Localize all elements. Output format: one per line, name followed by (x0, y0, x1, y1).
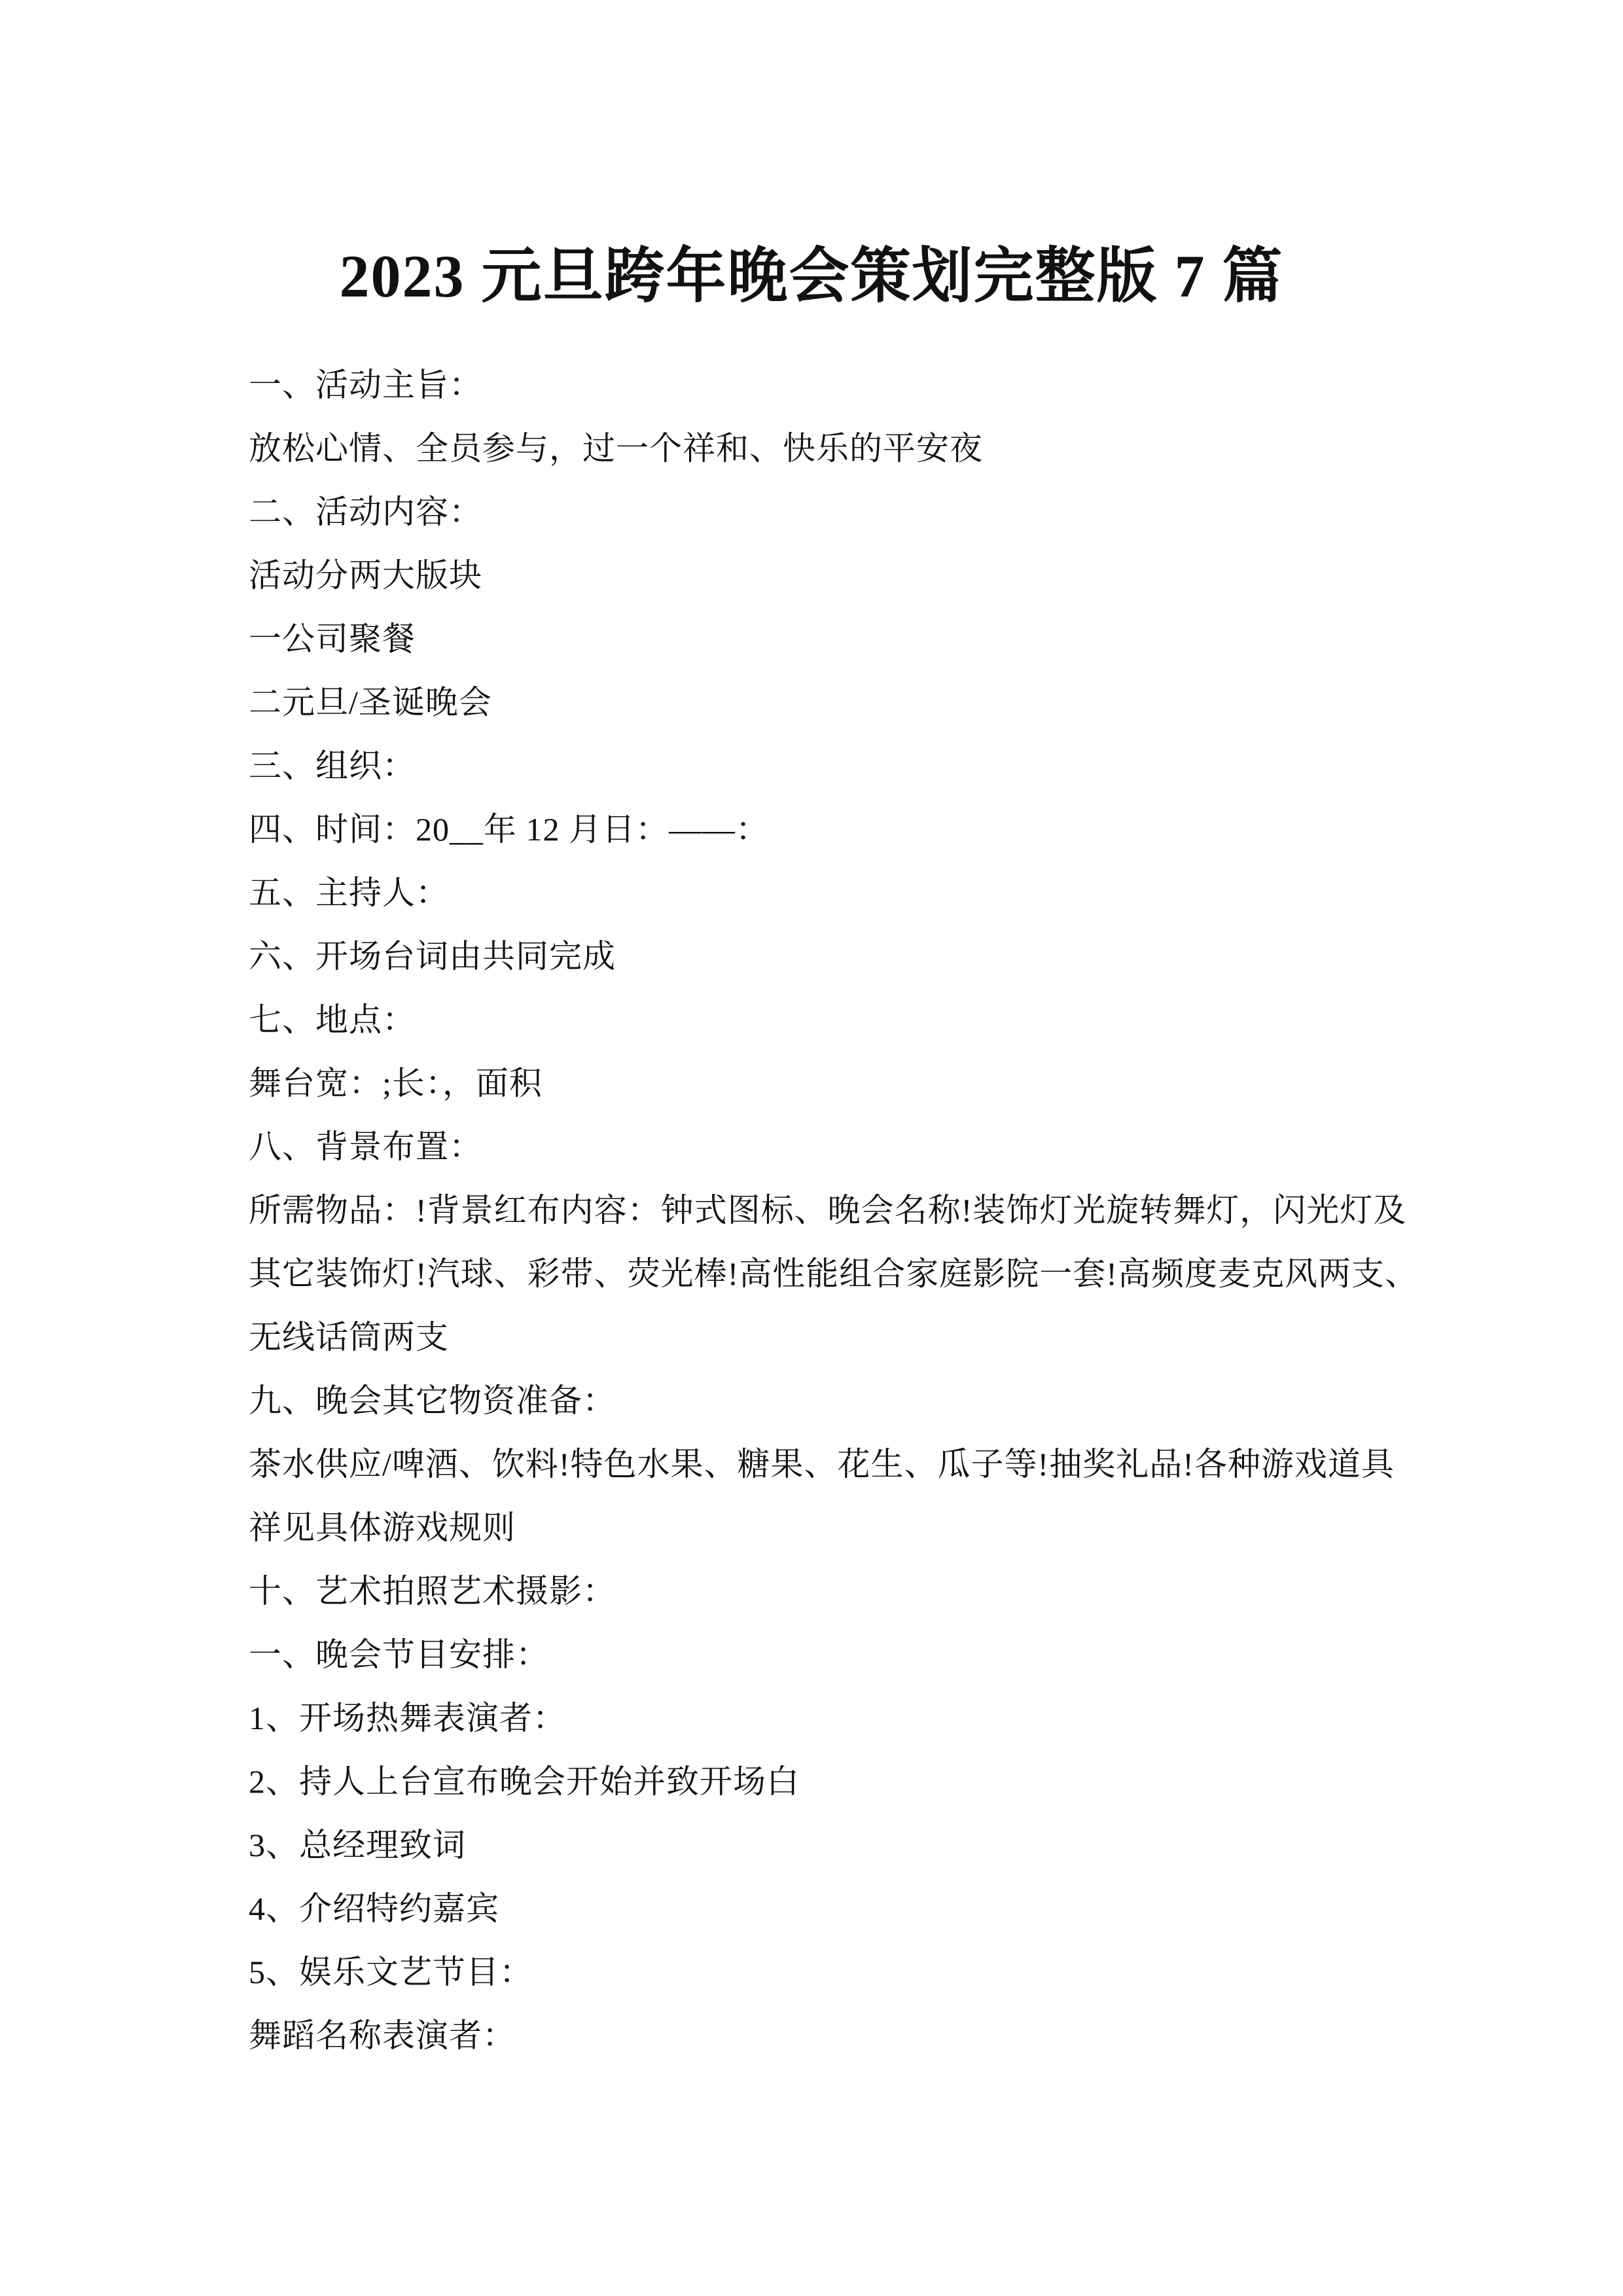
paragraph-line: 六、开场台词由共同完成 (249, 925, 1420, 988)
paragraph-line: 所需物品：!背景红布内容：钟式图标、晚会名称!装饰灯光旋转舞灯，闪光灯及 (249, 1179, 1420, 1242)
paragraph-line: 茶水供应/啤酒、饮料!特色水果、糖果、花生、瓜子等!抽奖礼品!各种游戏道具 (249, 1433, 1420, 1496)
paragraph-line: 八、背景布置： (249, 1115, 1420, 1179)
paragraph-line: 十、艺术拍照艺术摄影： (249, 1560, 1420, 1623)
paragraph-line: 无线话筒两支 (249, 1306, 1420, 1369)
paragraph-line: 3、总经理致词 (249, 1814, 1420, 1877)
paragraph-line: 4、介绍特约嘉宾 (249, 1877, 1420, 1941)
paragraph-line: 一、晚会节目安排： (249, 1623, 1420, 1687)
paragraph-line: 5、娱乐文艺节目： (249, 1941, 1420, 2004)
paragraph-line: 2、持人上台宣布晚会开始并致开场白 (249, 1750, 1420, 1814)
paragraph-line: 一公司聚餐 (249, 607, 1420, 671)
paragraph-line: 1、开场热舞表演者： (249, 1687, 1420, 1750)
paragraph-line: 四、时间：20__年 12 月日：——： (249, 798, 1420, 861)
paragraph-line: 二、活动内容： (249, 480, 1420, 544)
paragraph-line: 一、活动主旨： (249, 353, 1420, 417)
paragraph-line: 祥见具体游戏规则 (249, 1496, 1420, 1560)
paragraph-line: 舞台宽：;长：，面积 (249, 1052, 1420, 1115)
paragraph-line: 活动分两大版块 (249, 544, 1420, 607)
document-body: 一、活动主旨： 放松心情、全员参与，过一个祥和、快乐的平安夜 二、活动内容： 活… (249, 353, 1420, 2068)
paragraph-line: 其它装饰灯!汽球、彩带、荧光棒!高性能组合家庭影院一套!高频度麦克风两支、 (249, 1242, 1420, 1306)
paragraph-line: 九、晚会其它物资准备： (249, 1369, 1420, 1433)
paragraph-line: 七、地点： (249, 988, 1420, 1052)
paragraph-line: 五、主持人： (249, 861, 1420, 925)
paragraph-line: 二元旦/圣诞晚会 (249, 671, 1420, 734)
paragraph-line: 舞蹈名称表演者： (249, 2004, 1420, 2068)
paragraph-line: 放松心情、全员参与，过一个祥和、快乐的平安夜 (249, 417, 1420, 480)
document-page: 2023 元旦跨年晚会策划完整版 7 篇 一、活动主旨： 放松心情、全员参与，过… (0, 0, 1623, 2296)
paragraph-line: 三、组织： (249, 734, 1420, 798)
document-title: 2023 元旦跨年晚会策划完整版 7 篇 (0, 234, 1623, 319)
